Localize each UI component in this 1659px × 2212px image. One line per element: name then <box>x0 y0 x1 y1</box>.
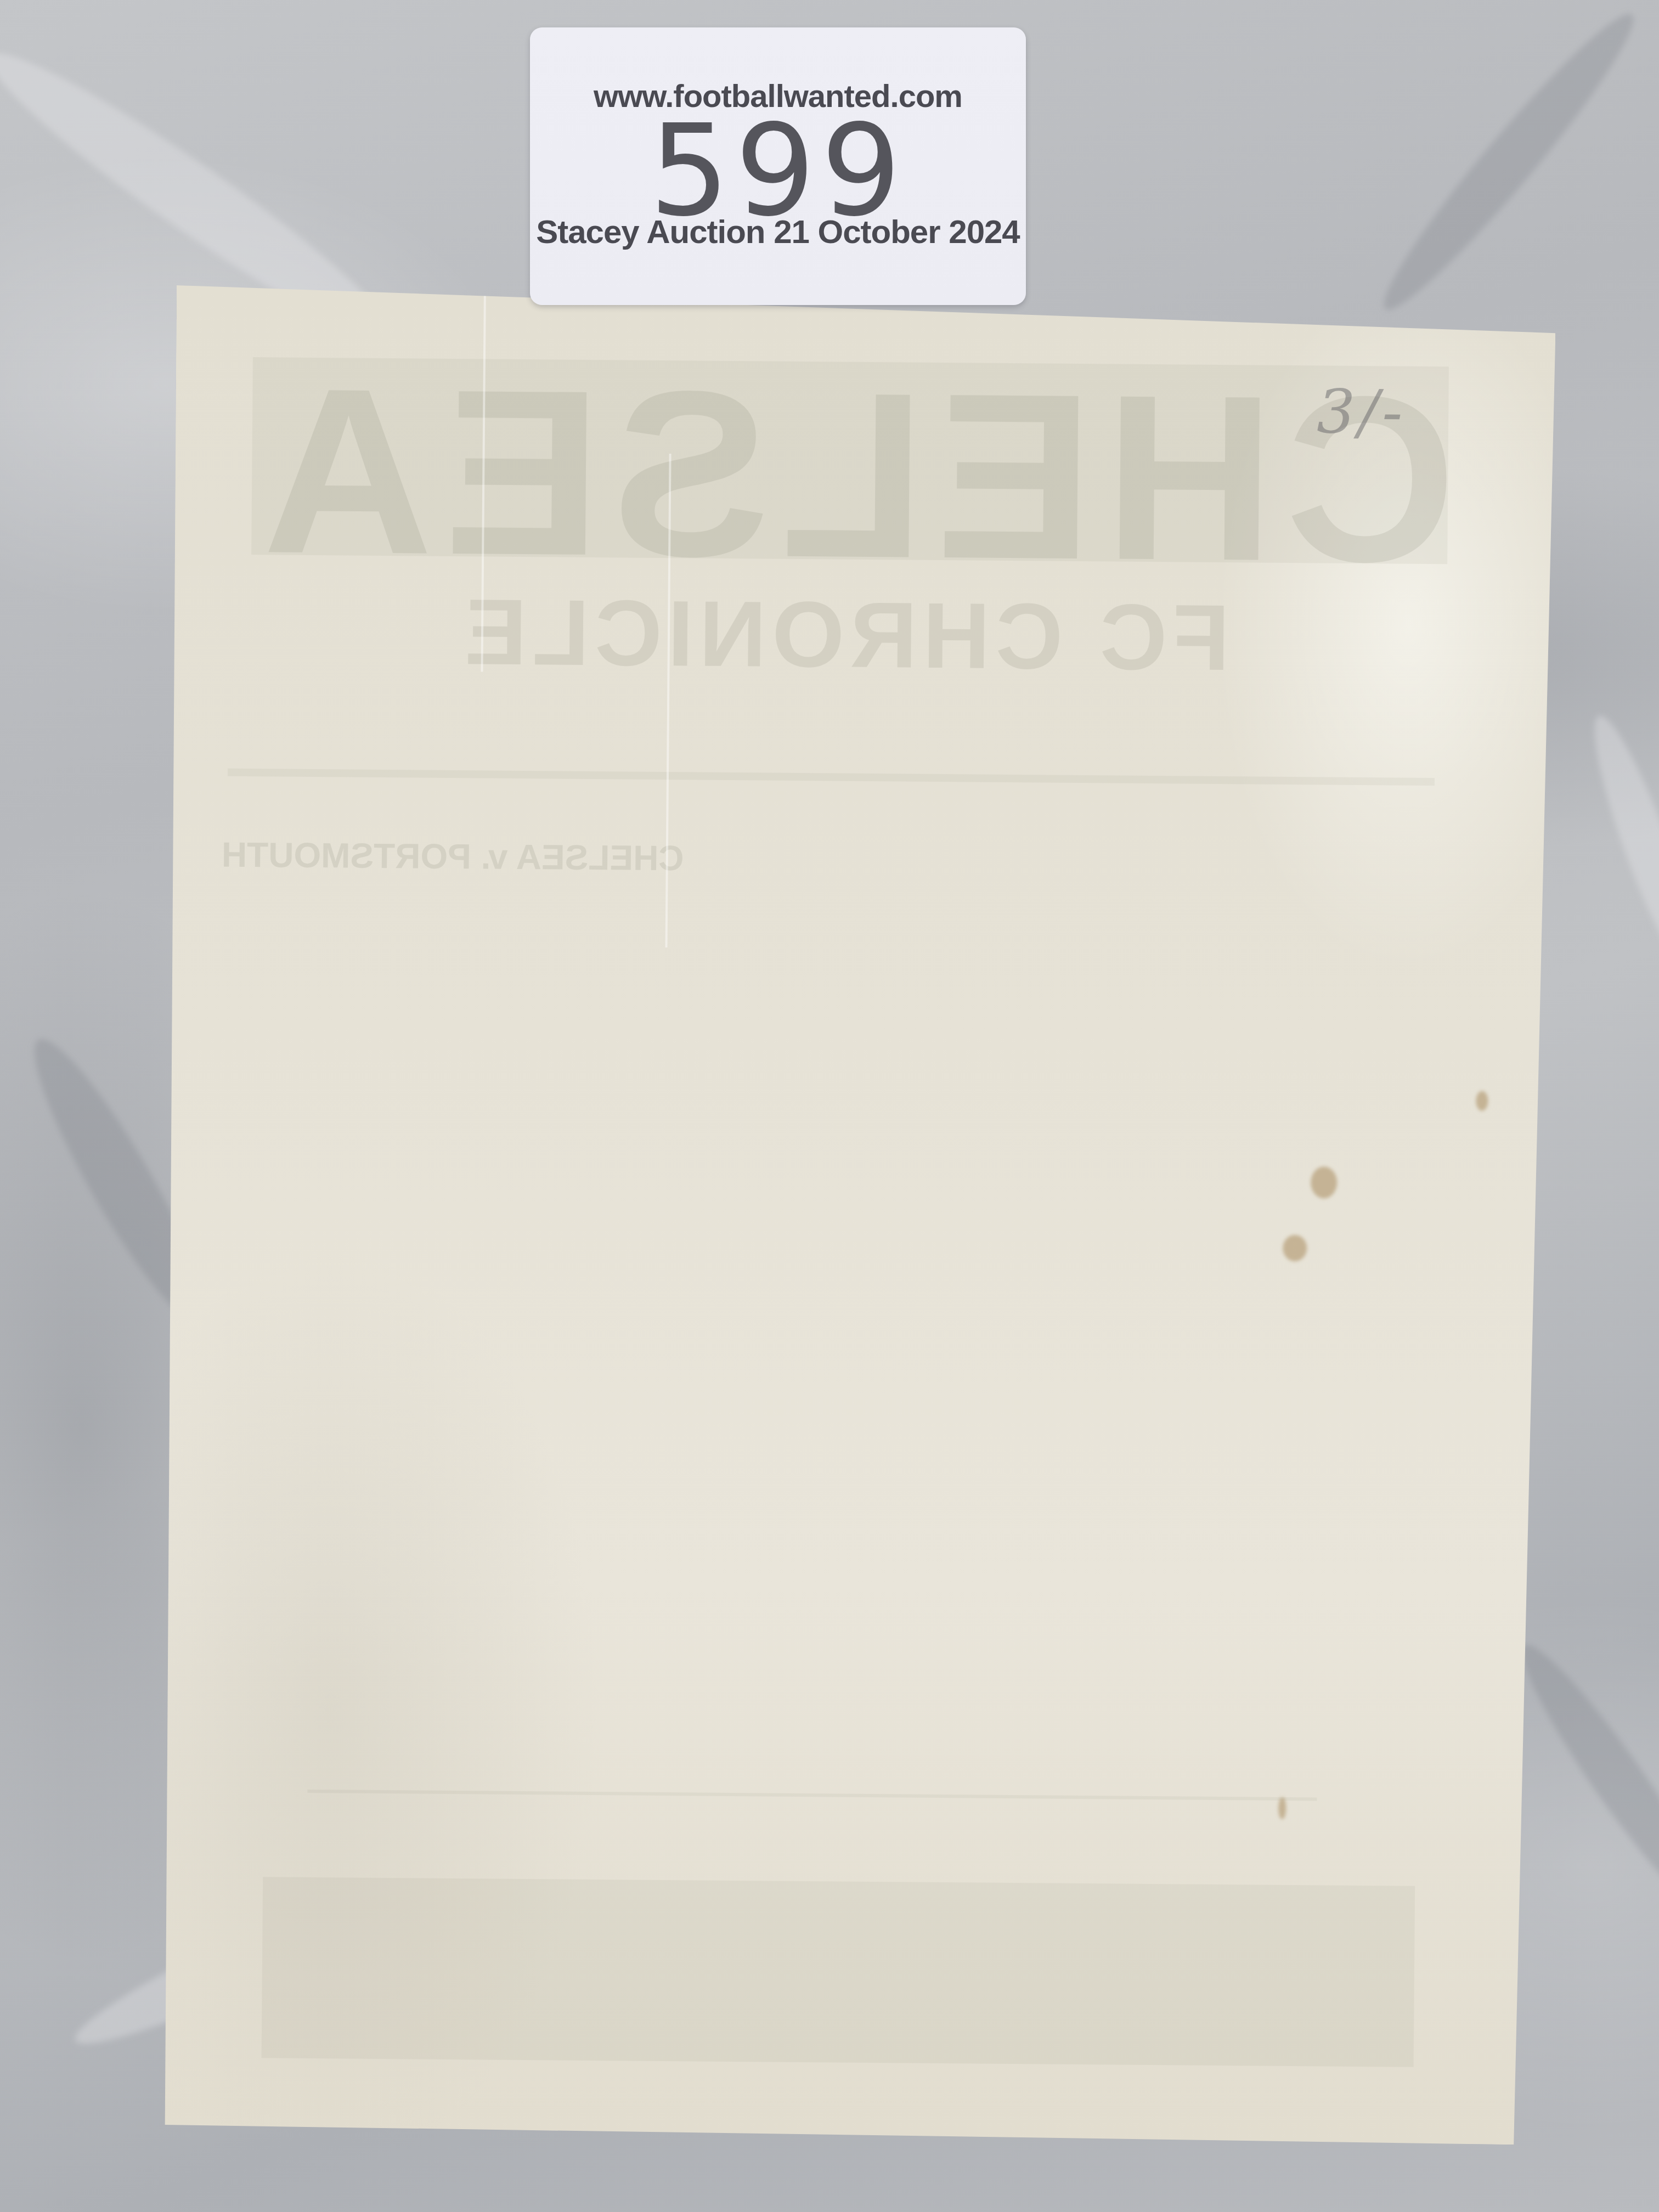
foxing-stain <box>1283 1235 1307 1261</box>
programme-sheet: CHELSEA FC CHRONICLE CHELSEA v. PORTSMOU… <box>162 285 1556 2145</box>
marble-vein <box>1367 0 1651 325</box>
foxing-stain <box>1278 1797 1286 1819</box>
label-auction-name: Stacey Auction 21 October 2024 <box>530 213 1026 251</box>
show-through-fixture: CHELSEA v. PORTSMOUTH <box>222 834 684 879</box>
show-through-footer-block <box>262 1877 1415 2067</box>
marble-vein <box>1504 1631 1659 1929</box>
foxing-stain <box>1311 1166 1337 1198</box>
show-through-title: CHELSEA <box>251 335 1457 616</box>
show-through-rule <box>307 1790 1317 1801</box>
show-through-subtitle: FC CHRONICLE <box>459 578 1230 692</box>
pencil-price-mark: 3/- <box>1317 376 1406 447</box>
marble-vein <box>1578 708 1659 981</box>
show-through-rule <box>228 769 1435 786</box>
foxing-stain <box>1476 1091 1488 1111</box>
auction-lot-label: www.footballwanted.com 599 Stacey Auctio… <box>530 27 1026 305</box>
